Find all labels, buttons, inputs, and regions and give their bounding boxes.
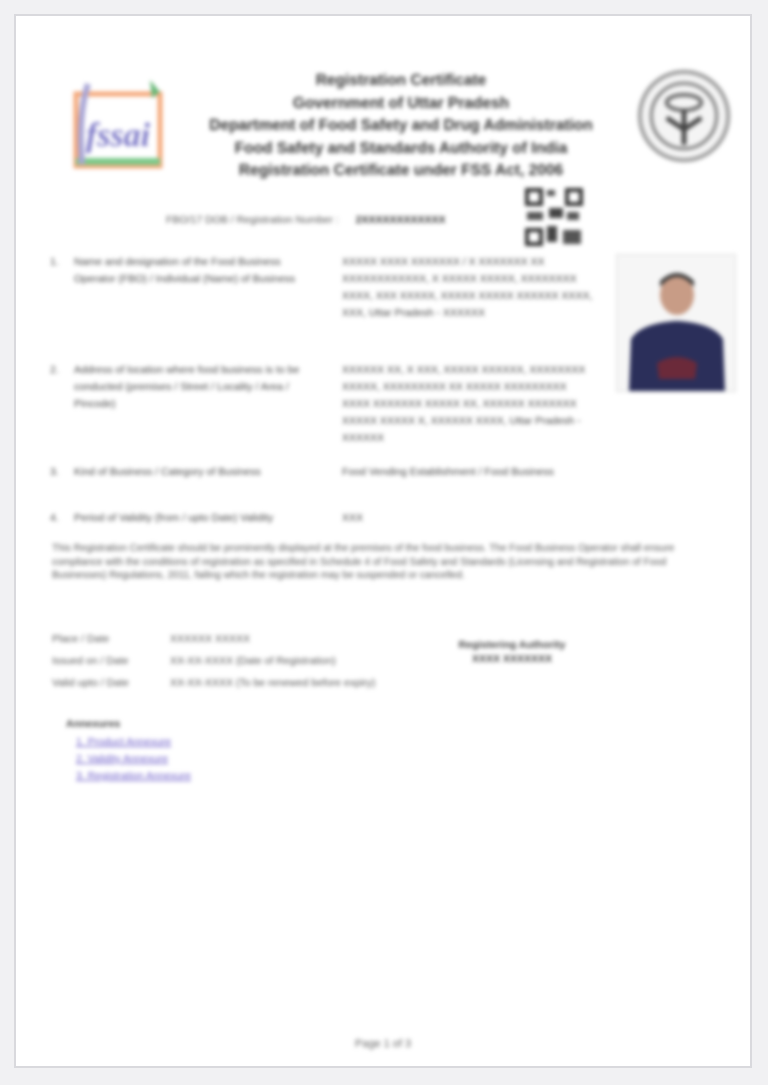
item-label: Kind of Business / Category of Business — [74, 464, 324, 481]
annexure-link-3[interactable]: 3. Registration Annexure — [76, 768, 191, 785]
item-value: XXX — [342, 510, 597, 527]
item-label: Address of location where food business … — [74, 362, 324, 413]
item-kind-of-business: 3. Kind of Business / Category of Busine… — [50, 464, 610, 504]
registering-authority: Registering Authority XXXX XXXXXXX — [432, 638, 592, 666]
registration-number-line: FBO/17 DOB / Registration Number : 2XXXX… — [166, 214, 446, 226]
item-premises-address: 2. Address of location where food busine… — [50, 362, 610, 452]
meta-row-issued: Issued on / DateXX-XX-XXXX (Date of Regi… — [52, 650, 375, 672]
qr-code-icon[interactable] — [523, 186, 585, 248]
item-label: Name and designation of the Food Busines… — [74, 254, 324, 288]
fssai-logo-icon: fssai — [68, 74, 168, 174]
header-line-4: Food Safety and Standards Authority of I… — [176, 138, 626, 161]
header-line-2: Government of Uttar Pradesh — [176, 93, 626, 116]
issue-details: Place / DateXXXXXX XXXXX Issued on / Dat… — [52, 628, 375, 694]
item-value: XXXXX XXXX XXXXXXX / X XXXXXXX XX XXXXXX… — [342, 254, 597, 322]
meta-row-valid-upto: Valid upto / DateXX-XX-XXXX (To be renew… — [52, 672, 375, 694]
registration-number: 2XXXXXXXXXXXX — [356, 214, 446, 226]
annexure-title: Annexures — [66, 718, 191, 730]
signatory-title: Registering Authority — [432, 638, 592, 652]
certificate-header: Registration Certificate Government of U… — [176, 70, 626, 183]
annexure-link-2[interactable]: 2. Validity Annexure — [76, 751, 191, 768]
meta-row-place: Place / DateXXXXXX XXXXX — [52, 628, 375, 650]
registration-number-label: FBO/17 DOB / Registration Number : — [166, 214, 339, 226]
annexure-link-1[interactable]: 1. Product Annexure — [76, 734, 191, 751]
header-line-3: Department of Food Safety and Drug Admin… — [176, 115, 626, 138]
item-label: Period of Validity (from / upto Date) Va… — [74, 510, 324, 527]
signatory-name: XXXX XXXXXXX — [432, 652, 592, 666]
item-value: Food Vending Establishment / Food Busine… — [342, 464, 597, 481]
applicant-photo — [616, 254, 736, 392]
certificate-page: fssai Registration Certificate Governmen… — [14, 14, 752, 1068]
item-value: XXXXXX XX, X XXX, XXXXX XXXXXX, XXXXXXXX… — [342, 362, 597, 447]
compliance-note: This Registration Certificate should be … — [52, 542, 720, 583]
header-line-1: Registration Certificate — [176, 70, 626, 93]
header-line-5: Registration Certificate under FSS Act, … — [176, 160, 626, 183]
svg-text:fssai: fssai — [86, 117, 151, 154]
annexure-section: Annexures 1. Product Annexure 2. Validit… — [66, 718, 191, 785]
item-fbo-name: 1. Name and designation of the Food Busi… — [50, 254, 610, 344]
person-photo-icon — [617, 255, 735, 391]
state-emblem-icon — [636, 68, 732, 164]
page-number: Page 1 of 3 — [16, 1038, 750, 1050]
